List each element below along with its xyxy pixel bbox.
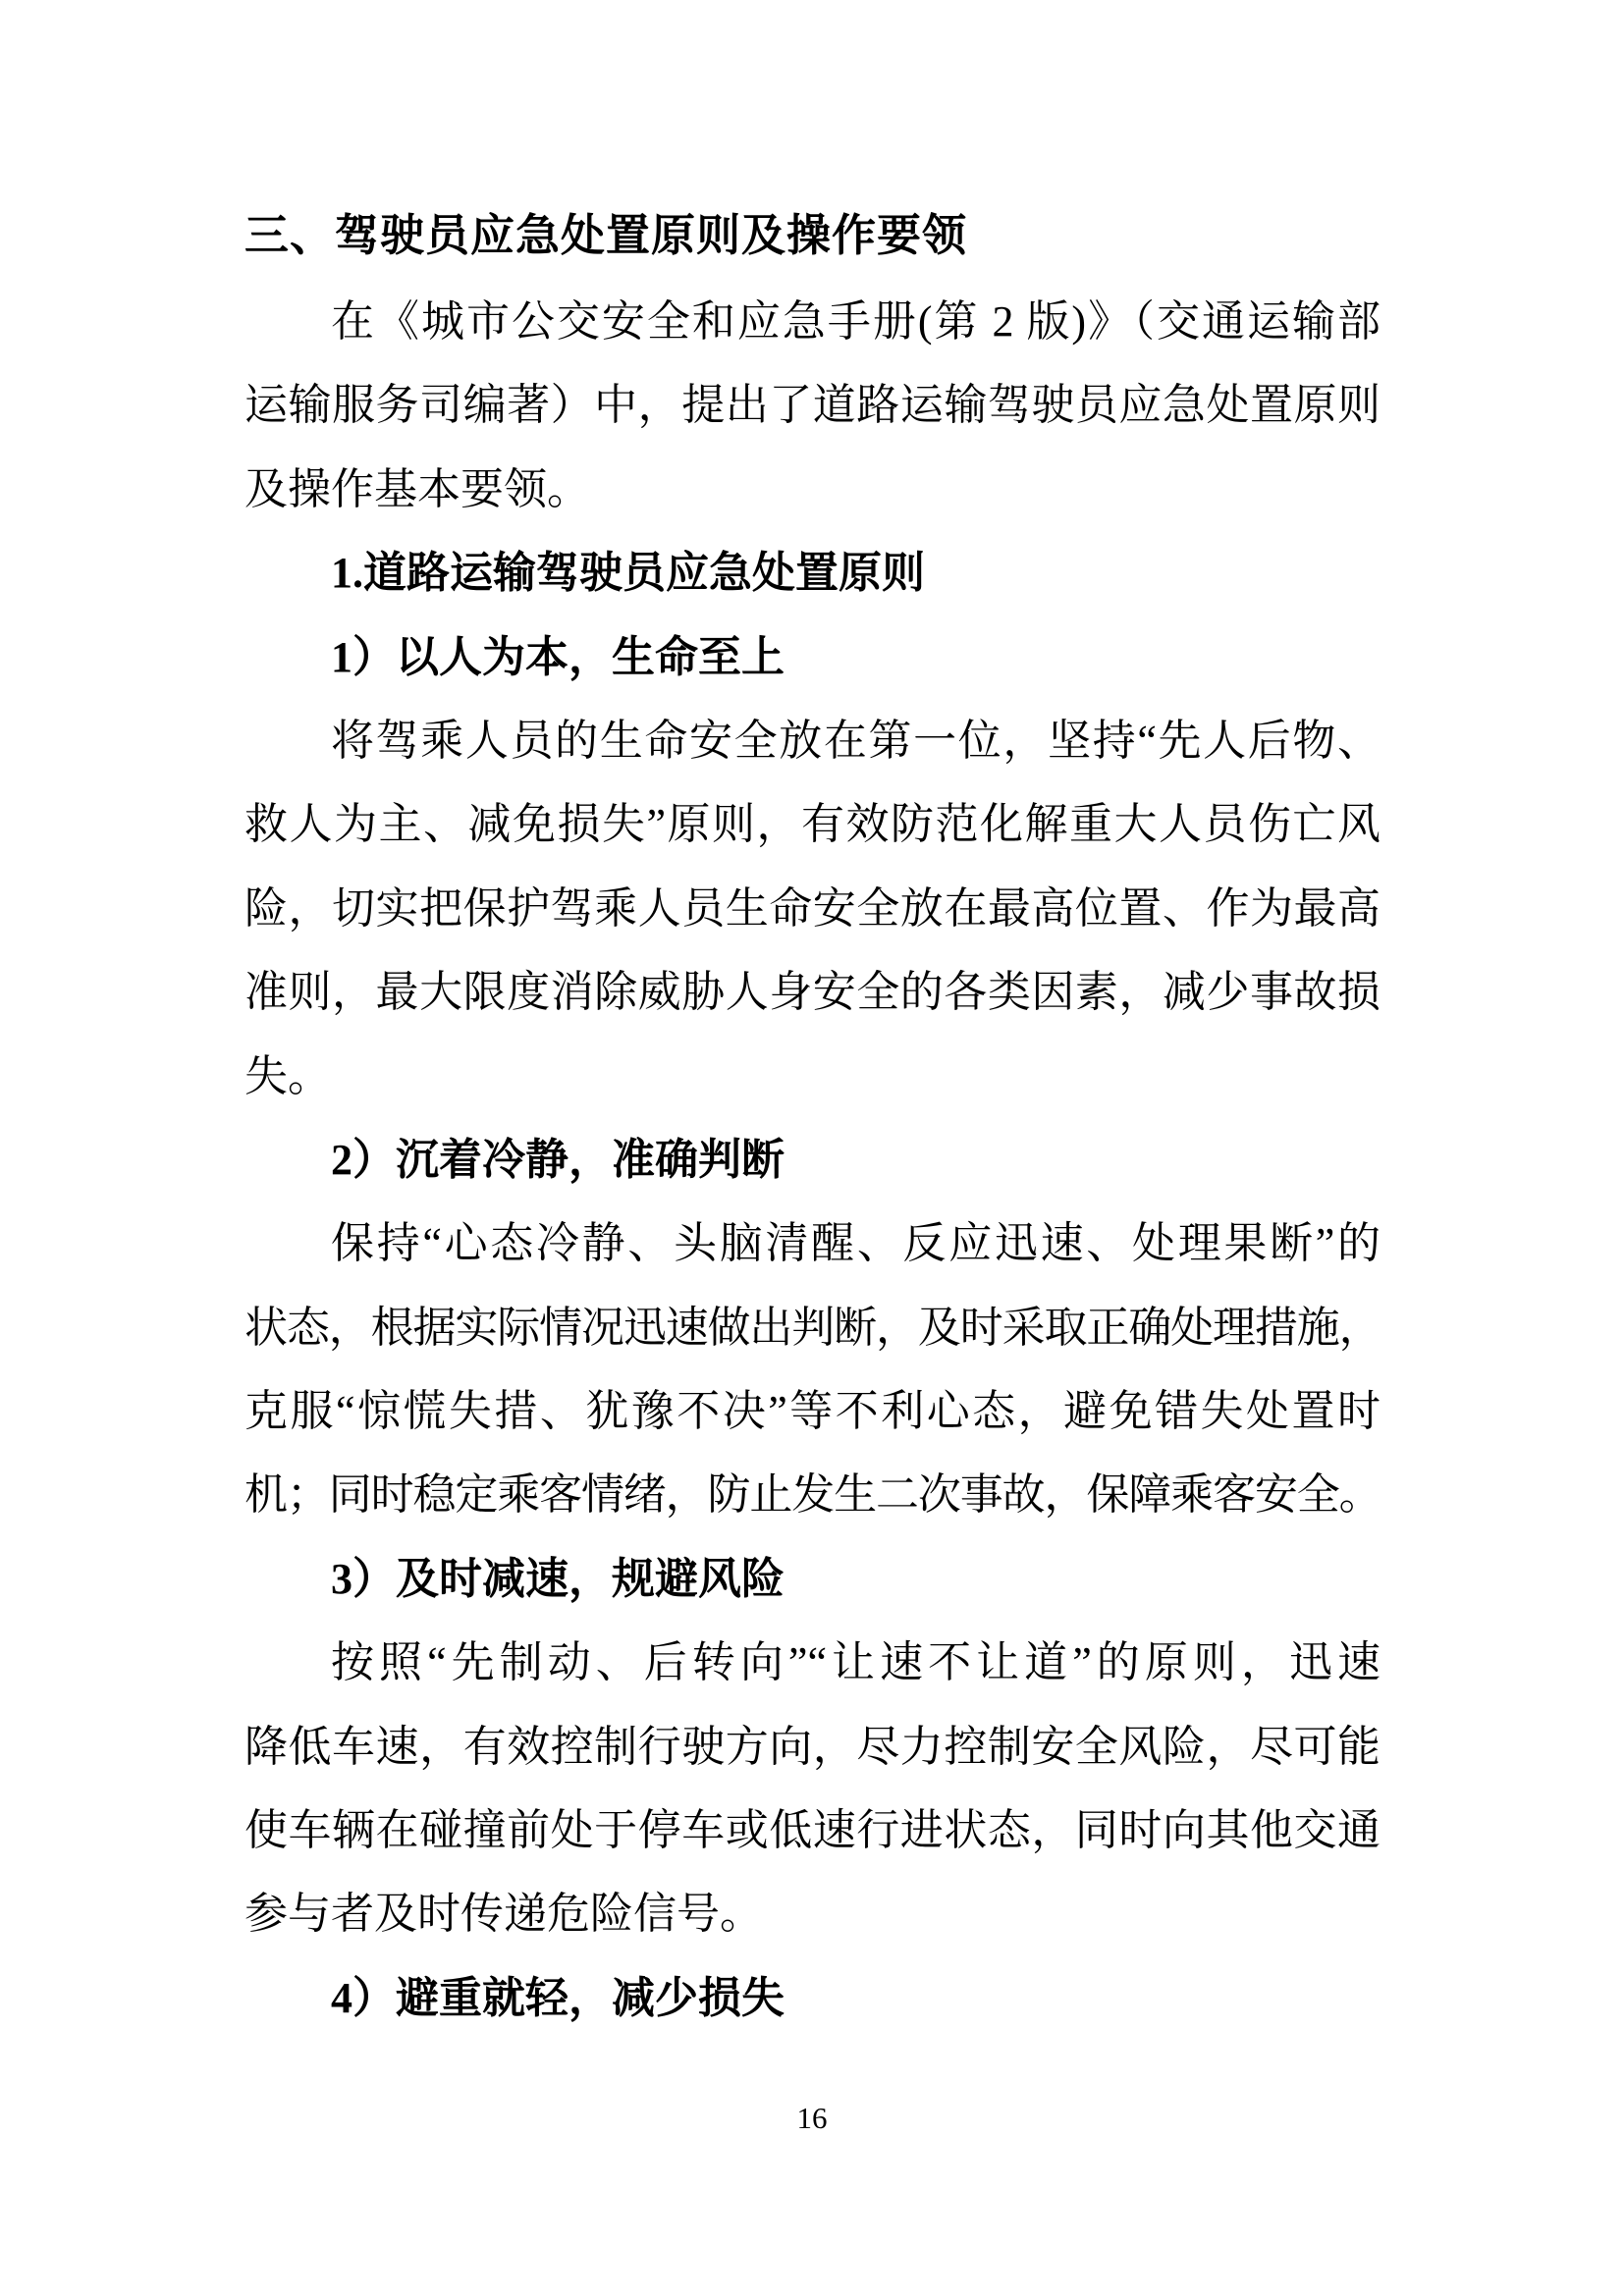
intro-line: 运输服务司编著）中，提出了道路运输驾驶员应急处置原则 — [244, 363, 1380, 447]
principle-1-line: 失。 — [244, 1035, 1380, 1118]
principle-3-line: 按照“先制动、后转向”“让速不让道”的原则，迅速 — [244, 1621, 1380, 1704]
principle-1-line: 将驾乘人员的生命安全放在第一位，坚持“先人后物、 — [244, 699, 1380, 782]
principle-3-line: 使车辆在碰撞前处于停车或低速行进状态，同时向其他交通 — [244, 1789, 1380, 1872]
principle-2-line: 状态，根据实际情况迅速做出判断，及时采取正确处理措施， — [244, 1286, 1380, 1369]
principle-1-heading: 1）以人为本，生命至上 — [244, 615, 1380, 699]
principle-2-heading: 2）沉着冷静，准确判断 — [244, 1118, 1380, 1201]
intro-line: 在《城市公交安全和应急手册(第 2 版)》（交通运输部 — [244, 280, 1380, 363]
principle-3-line: 参与者及时传递危险信号。 — [244, 1872, 1380, 1955]
document-page: 三、驾驶员应急处置原则及操作要领 在《城市公交安全和应急手册(第 2 版)》（交… — [0, 0, 1624, 2296]
section-heading: 三、驾驶员应急处置原则及操作要领 — [244, 191, 1380, 280]
principle-3-heading: 3）及时减速，规避风险 — [244, 1537, 1380, 1621]
intro-line: 及操作基本要领。 — [244, 448, 1380, 531]
principle-2-line: 克服“惊慌失措、犹豫不决”等不利心态，避免错失处置时 — [244, 1369, 1380, 1453]
principle-2-line: 机；同时稳定乘客情绪，防止发生二次事故，保障乘客安全。 — [244, 1453, 1380, 1536]
principle-2-line: 保持“心态冷静、头脑清醒、反应迅速、处理果断”的 — [244, 1201, 1380, 1285]
principle-1-line: 救人为主、减免损失”原则，有效防范化解重大人员伤亡风 — [244, 782, 1380, 866]
page-number: 16 — [0, 2099, 1624, 2138]
principle-1-line: 险，切实把保护驾乘人员生命安全放在最高位置、作为最高 — [244, 867, 1380, 950]
subsection-heading: 1.道路运输驾驶员应急处置原则 — [244, 531, 1380, 614]
principle-4-heading: 4）避重就轻，减少损失 — [244, 1956, 1380, 2040]
principle-3-line: 降低车速，有效控制行驶方向，尽力控制安全风险，尽可能 — [244, 1705, 1380, 1789]
principle-1-line: 准则，最大限度消除威胁人身安全的各类因素，减少事故损 — [244, 950, 1380, 1034]
text-block: 三、驾驶员应急处置原则及操作要领 在《城市公交安全和应急手册(第 2 版)》（交… — [244, 191, 1380, 2040]
